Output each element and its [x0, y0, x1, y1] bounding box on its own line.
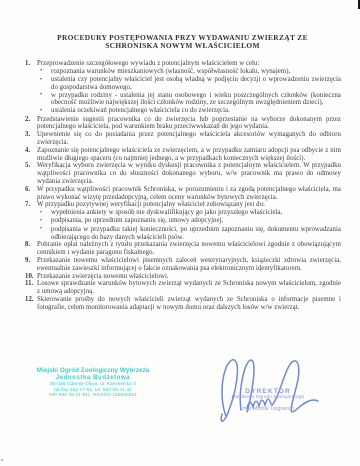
item-number: 11. [25, 280, 37, 296]
item-number: 7. [25, 201, 37, 209]
item-text: Pobranie opłat należnych z tytułu przeka… [37, 241, 341, 257]
bullet-icon: • [40, 209, 51, 217]
list-bullet: • podpisania, po uprzednim zapoznaniu si… [40, 217, 341, 225]
item-text: Przeprowadzenie szczegółowego wywiadu z … [37, 60, 341, 68]
list-bullet: • wypełnienia ankiety w sposób nie dyskw… [40, 209, 341, 217]
item-text: Zapoznanie się potencjalnego właściciela… [37, 147, 341, 163]
list-item: 3. Upewnienie się co do posiadania przez… [25, 131, 341, 147]
document-title-line2: SCHRONISKA NOWYM WŁAŚCICIELOM [25, 42, 340, 50]
list-bullet: • ustalenia czy potencjalny właściciel j… [40, 76, 341, 92]
item-number: 6. [25, 186, 37, 202]
item-text: W przypadku wątpliwości pracownik Schron… [37, 186, 341, 202]
item-text: Losowe sprawdzanie warunków bytowych zwi… [37, 280, 341, 296]
item-number: 3. [25, 131, 37, 147]
list-bullet: • ustalenia oczekiwań potencjalnego właś… [40, 107, 341, 115]
item-number: 5. [25, 162, 37, 185]
list-item: 10. Przekazanie zwierzęcia nowemu właści… [25, 273, 341, 281]
item-text: Przekazanie nowemu właścicielowi pisemny… [37, 257, 341, 273]
bullet-text: ustalenia czy potencjalny właściciel jes… [51, 76, 341, 92]
item-number: 8. [25, 241, 37, 257]
bullet-text: w przypadku rodziny - ustalenia jej stan… [51, 92, 341, 108]
item-number: 1. [25, 60, 37, 68]
bullet-text: wypełnienia ankiety w sposób nie dyskwal… [51, 209, 341, 217]
document-body: 1. Przeprowadzenie szczegółowego wywiadu… [25, 60, 341, 312]
bullet-text: podpisania w przypadku takiej koniecznoś… [51, 226, 341, 242]
item-number: 12. [25, 296, 37, 312]
item-text: Przedstawienie sugestii pracownika co do… [37, 116, 341, 132]
list-item: 1. Przeprowadzenie szczegółowego wywiadu… [25, 60, 341, 68]
stamp-org-address: 80-328 Gdańsk-Oliwa, ul. Karwieńska 3 [33, 382, 153, 388]
stamp-director-org: Miejskiego Ogrodu Zoologicznego [212, 395, 324, 401]
list-item: 9. Przekazanie nowemu właścicielowi pise… [25, 257, 341, 273]
organization-stamp: Miejski Ogród Zoologiczny Wybrzeża Jedno… [33, 367, 153, 399]
list-item: 8. Pobranie opłat należnych z tytułu prz… [25, 241, 341, 257]
bullet-text: ustalenia oczekiwań potencjalnego właści… [51, 107, 341, 115]
bullet-icon: • [40, 107, 51, 115]
list-item: 7. W przypadku pozytywnej weryfikacji po… [25, 201, 341, 209]
list-bullet: • podpisania w przypadku takiej konieczn… [40, 226, 341, 242]
item-text: Weryfikacja wyboru zwierzęcia w wyniku d… [37, 162, 341, 185]
item-text: Przekazanie zwierzęcia nowemu właściciel… [37, 273, 341, 281]
list-item: 4. Zapoznanie się potencjalnego właścici… [25, 147, 341, 163]
bullet-icon: • [40, 68, 51, 76]
bullet-icon: • [40, 217, 51, 225]
bullet-text: podpisania, po uprzednim zapoznaniu się,… [51, 217, 341, 225]
list-item: 11. Losowe sprawdzanie warunków bytowych… [25, 280, 341, 296]
item-number: 2. [25, 116, 37, 132]
scanned-document-page: PROCEDURY POSTĘPOWANIA PRZY WYDAWANIU ZW… [0, 0, 360, 466]
list-bullet: • rozpoznania warunków mieszkaniowych (w… [40, 68, 341, 76]
stamp-org-name: Miejski Ogród Zoologiczny Wybrzeża [33, 367, 153, 375]
list-bullet: • w przypadku rodziny - ustalenia jej st… [40, 92, 341, 108]
stamp-org-ids: NIP 584-25-21-911, REGON 190560361 [33, 393, 153, 399]
bullet-icon: • [40, 76, 51, 92]
item-text: W przypadku pozytywnej weryfikacji poten… [37, 201, 341, 209]
list-item: 6. W przypadku wątpliwości pracownik Sch… [25, 186, 341, 202]
list-item: 2. Przedstawienie sugestii pracownika co… [25, 116, 341, 132]
bullet-text: rozpoznania warunków mieszkaniowych (wła… [51, 68, 341, 76]
item-number: 10. [25, 273, 37, 281]
scan-artifact-dot [1, 459, 3, 461]
stamp-director-name: mgr Michał Targowski [212, 406, 324, 412]
item-number: 4. [25, 147, 37, 163]
item-text: Skierowanie prośby do nowych właścicieli… [37, 296, 341, 312]
list-item: 5. Weryfikacja wyboru zwierzęcia w wynik… [25, 162, 341, 185]
document-title: PROCEDURY POSTĘPOWANIA PRZY WYDAWANIU ZW… [25, 34, 340, 50]
director-stamp: DYREKTOR Miejskiego Ogrodu Zoologicznego… [212, 388, 324, 412]
bullet-icon: • [40, 92, 51, 108]
item-number: 9. [25, 257, 37, 273]
bullet-icon: • [40, 226, 51, 242]
item-text: Upewnienie się co do posiadania przez po… [37, 131, 341, 147]
stamp-org-type: Jednostka Budżetowa [33, 375, 153, 382]
list-item: 12. Skierowanie prośby do nowych właścic… [25, 296, 341, 312]
